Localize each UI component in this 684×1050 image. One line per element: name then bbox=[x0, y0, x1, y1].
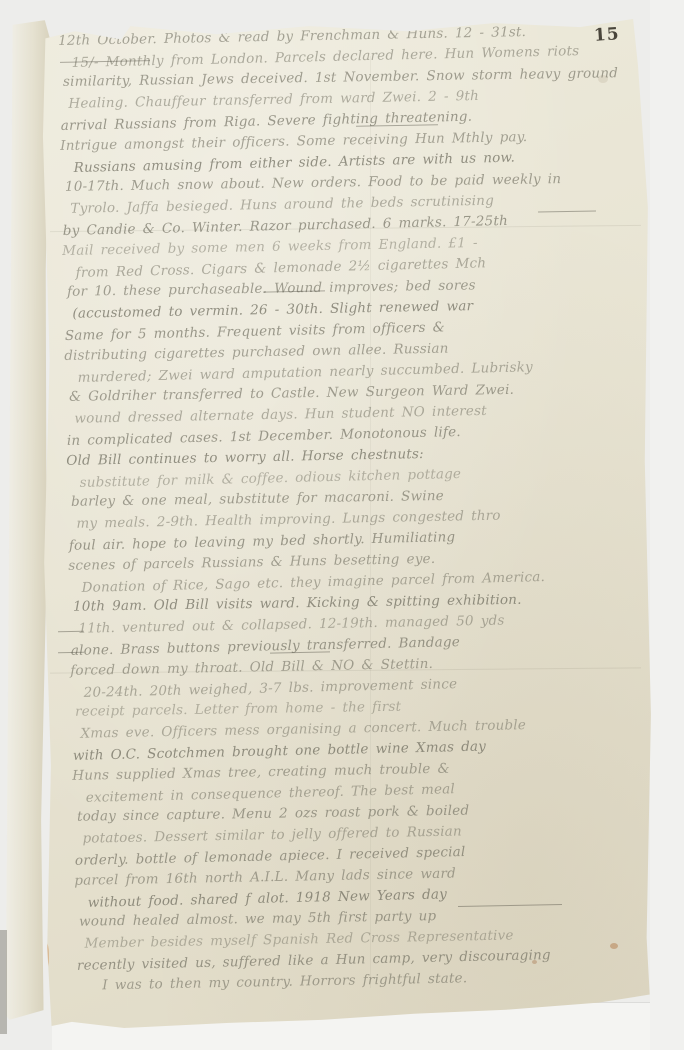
handwriting-lines: 12th October. Photos & read by Frenchman… bbox=[58, 20, 662, 997]
previous-page-edge bbox=[6, 20, 51, 1020]
paper-stain bbox=[42, 943, 49, 969]
binding-gutter-shadow bbox=[0, 930, 7, 1034]
scan-right-margin bbox=[650, 0, 684, 1050]
document-scan: 15 12th October. Photos & read by French… bbox=[0, 0, 684, 1050]
diary-page: 15 12th October. Photos & read by French… bbox=[38, 15, 654, 1029]
